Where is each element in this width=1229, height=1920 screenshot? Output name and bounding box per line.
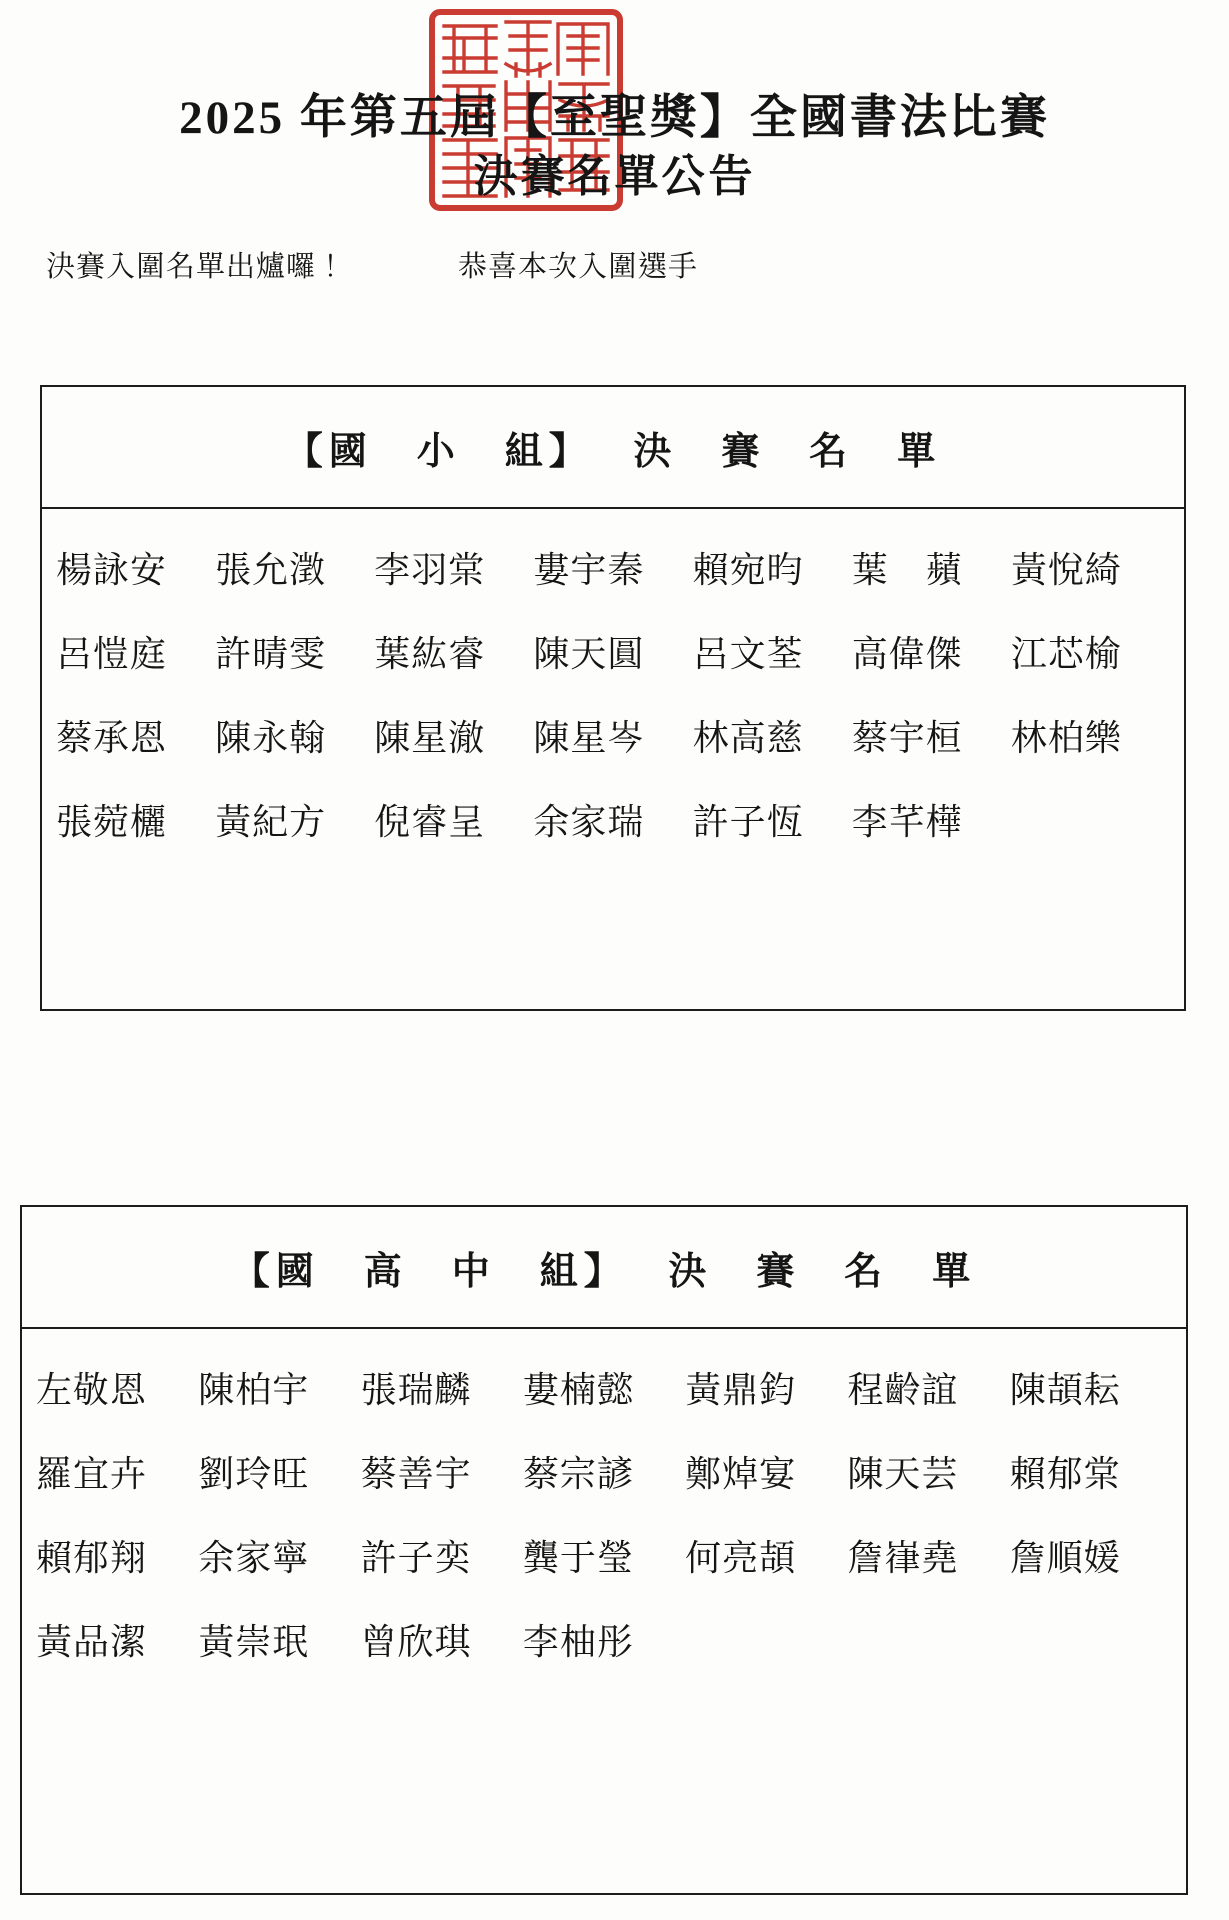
finalist-name: 倪睿呈 bbox=[374, 794, 533, 845]
finalist-name: 婁楠懿 bbox=[523, 1362, 685, 1413]
finalist-name: 張允澂 bbox=[215, 542, 374, 593]
finalist-name: 黃紀方 bbox=[215, 794, 374, 845]
finalist-name: 李羽棠 bbox=[374, 542, 533, 593]
finalist-name: 陳天圓 bbox=[533, 626, 692, 677]
elementary-group-box: 【國 小 組】 決 賽 名 單 楊詠安張允澂李羽棠婁宇秦賴宛昀葉 蘋黃悅綺呂愷庭… bbox=[40, 385, 1186, 1011]
finalist-name: 龔于瑩 bbox=[523, 1530, 685, 1581]
finalist-name: 許晴雯 bbox=[215, 626, 374, 677]
finalist-name: 黃品潔 bbox=[36, 1614, 198, 1665]
finalist-name: 蔡宇桓 bbox=[852, 710, 1011, 761]
finalist-name: 李芊樺 bbox=[852, 794, 1011, 845]
finalist-name: 陳永翰 bbox=[215, 710, 374, 761]
finalist-name: 詹順媛 bbox=[1010, 1530, 1172, 1581]
intro-left: 決賽入圍名單出爐囉！ bbox=[46, 251, 346, 283]
finalist-name: 張瑞麟 bbox=[361, 1362, 523, 1413]
intro-text: 決賽入圍名單出爐囉！恭喜本次入圍選手 bbox=[46, 244, 1229, 285]
finalist-name: 林柏樂 bbox=[1011, 710, 1170, 761]
finalist-name: 羅宜卉 bbox=[36, 1446, 198, 1497]
finalist-name: 楊詠安 bbox=[56, 542, 215, 593]
finalist-name: 呂文荃 bbox=[693, 626, 852, 677]
finalist-name: 許子奕 bbox=[361, 1530, 523, 1581]
finalist-name: 賴宛昀 bbox=[693, 542, 852, 593]
finalist-row: 羅宜卉劉玲旺蔡善宇蔡宗諺鄭焯宴陳天芸賴郁棠 bbox=[36, 1429, 1172, 1513]
finalist-name: 黃鼎鈞 bbox=[685, 1362, 847, 1413]
intro-right: 恭喜本次入圍選手 bbox=[458, 251, 698, 283]
finalist-name: 余家寧 bbox=[198, 1530, 360, 1581]
finalist-name: 程齡誼 bbox=[847, 1362, 1009, 1413]
finalist-name: 葉紘睿 bbox=[374, 626, 533, 677]
finalist-name: 江芯榆 bbox=[1011, 626, 1170, 677]
finalist-name: 呂愷庭 bbox=[56, 626, 215, 677]
elementary-group-header: 【國 小 組】 決 賽 名 單 bbox=[42, 387, 1184, 509]
finalist-name: 張菀欐 bbox=[56, 794, 215, 845]
finalist-name: 陳頡耘 bbox=[1010, 1362, 1172, 1413]
finalist-name: 曾欣琪 bbox=[361, 1614, 523, 1665]
finalist-row: 蔡承恩陳永翰陳星澈陳星岑林高慈蔡宇桓林柏樂 bbox=[56, 693, 1170, 777]
page-title: 2025 年第五屆【至聖獎】全國書法比賽 決賽名單公告 bbox=[0, 0, 1229, 206]
finalist-name: 許子恆 bbox=[693, 794, 852, 845]
finalist-name: 葉 蘋 bbox=[852, 542, 1011, 593]
finalist-name: 賴郁翔 bbox=[36, 1530, 198, 1581]
finalist-row: 呂愷庭許晴雯葉紘睿陳天圓呂文荃高偉傑江芯榆 bbox=[56, 609, 1170, 693]
finalist-name: 黃崇珉 bbox=[198, 1614, 360, 1665]
finalist-name: 余家瑞 bbox=[533, 794, 692, 845]
finalist-name: 賴郁棠 bbox=[1010, 1446, 1172, 1497]
finalist-row: 張菀欐黃紀方倪睿呈余家瑞許子恆李芊樺 bbox=[56, 777, 1170, 861]
finalist-name: 左敬恩 bbox=[36, 1362, 198, 1413]
finalist-name: 陳柏宇 bbox=[198, 1362, 360, 1413]
finalist-row: 楊詠安張允澂李羽棠婁宇秦賴宛昀葉 蘋黃悅綺 bbox=[56, 525, 1170, 609]
finalist-row: 黃品潔黃崇珉曾欣琪李柚彤 bbox=[36, 1597, 1172, 1681]
finalist-name: 鄭焯宴 bbox=[685, 1446, 847, 1497]
finalist-row: 左敬恩陳柏宇張瑞麟婁楠懿黃鼎鈞程齡誼陳頡耘 bbox=[36, 1345, 1172, 1429]
title-line2: 決賽名單公告 bbox=[0, 148, 1229, 206]
high-school-group-box: 【國 高 中 組】 決 賽 名 單 左敬恩陳柏宇張瑞麟婁楠懿黃鼎鈞程齡誼陳頡耘羅… bbox=[20, 1205, 1188, 1895]
finalist-name: 蔡宗諺 bbox=[523, 1446, 685, 1497]
finalist-name: 蔡承恩 bbox=[56, 710, 215, 761]
finalist-name: 黃悅綺 bbox=[1011, 542, 1170, 593]
finalist-name: 詹嵂堯 bbox=[847, 1530, 1009, 1581]
title-line1: 2025 年第五屆【至聖獎】全國書法比賽 bbox=[0, 88, 1229, 148]
finalist-name: 李柚彤 bbox=[523, 1614, 685, 1665]
high-school-group-header: 【國 高 中 組】 決 賽 名 單 bbox=[22, 1207, 1186, 1329]
finalist-name: 陳星澈 bbox=[374, 710, 533, 761]
finalist-name: 陳天芸 bbox=[847, 1446, 1009, 1497]
finalist-name: 林高慈 bbox=[693, 710, 852, 761]
finalist-name: 高偉傑 bbox=[852, 626, 1011, 677]
high-school-finalist-grid: 左敬恩陳柏宇張瑞麟婁楠懿黃鼎鈞程齡誼陳頡耘羅宜卉劉玲旺蔡善宇蔡宗諺鄭焯宴陳天芸賴… bbox=[22, 1329, 1186, 1681]
finalist-name: 婁宇秦 bbox=[533, 542, 692, 593]
finalist-name: 蔡善宇 bbox=[361, 1446, 523, 1497]
elementary-finalist-grid: 楊詠安張允澂李羽棠婁宇秦賴宛昀葉 蘋黃悅綺呂愷庭許晴雯葉紘睿陳天圓呂文荃高偉傑江… bbox=[42, 509, 1184, 861]
finalist-name: 劉玲旺 bbox=[198, 1446, 360, 1497]
finalist-name: 何亮頡 bbox=[685, 1530, 847, 1581]
finalist-name: 陳星岑 bbox=[533, 710, 692, 761]
finalist-row: 賴郁翔余家寧許子奕龔于瑩何亮頡詹嵂堯詹順媛 bbox=[36, 1513, 1172, 1597]
announcement-page: 2025 年第五屆【至聖獎】全國書法比賽 決賽名單公告 決賽入圍名單出爐囉！恭喜… bbox=[0, 0, 1229, 1920]
